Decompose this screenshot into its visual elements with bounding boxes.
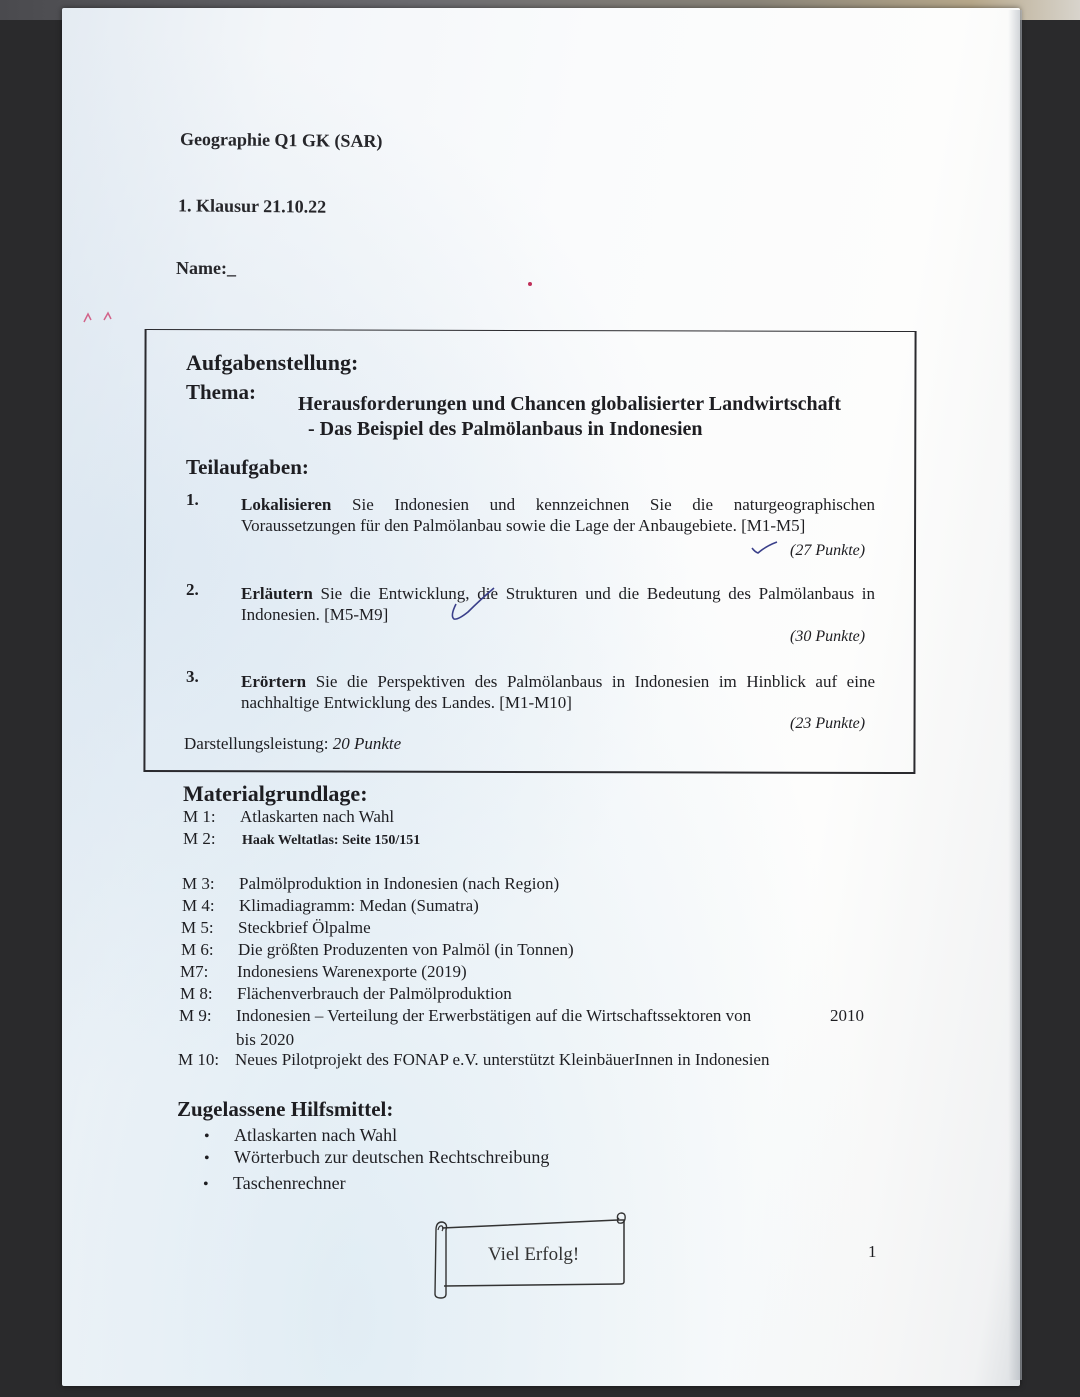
material-code: M 3: [182, 874, 239, 894]
task-operator: Lokalisieren [241, 495, 331, 514]
task-points: (27 Punkte) [790, 542, 865, 560]
task-operator: Erörtern [241, 672, 306, 691]
material-item: M 4:Klimadiagramm: Medan (Sumatra) [182, 896, 479, 916]
material-item: M 5:Steckbrief Ölpalme [181, 918, 371, 938]
task-points: (23 Punkte) [790, 715, 865, 733]
task-description: Sie die Entwicklung, die Strukturen und … [241, 584, 875, 624]
material-text: Indonesiens Warenexporte (2019) [237, 962, 467, 981]
course-title: Geographie Q1 GK (SAR) [180, 129, 383, 152]
task-number: 2. [186, 580, 199, 600]
material-text: Palmölproduktion in Indonesien (nach Reg… [239, 874, 559, 893]
bullet-icon: • [204, 1150, 234, 1168]
material-code: M7: [180, 962, 237, 982]
aid-item: •Taschenrechner [203, 1173, 346, 1194]
material-item: M 9:Indonesien – Verteilung der Erwerbst… [179, 1006, 751, 1026]
thema-label: Thema: [186, 380, 256, 405]
material-code: M 6: [181, 940, 238, 960]
subtasks-title: Teilaufgaben: [186, 455, 309, 480]
material-text: Die größten Produzenten von Palmöl (in T… [238, 940, 574, 959]
aid-item: •Atlaskarten nach Wahl [204, 1125, 397, 1146]
material-code: M 8: [180, 984, 237, 1004]
task-points: (30 Punkte) [790, 628, 865, 646]
thema-text: Herausforderungen und Chancen globalisie… [298, 392, 841, 442]
aids-title: Zugelassene Hilfsmittel: [177, 1097, 393, 1122]
task-number: 3. [186, 667, 199, 687]
task-text: Lokalisieren Sie Indonesien und kennzeic… [241, 494, 875, 536]
aid-text: Taschenrechner [233, 1173, 346, 1193]
presentation-label: Darstellungsleistung: [184, 734, 333, 753]
material-text: Flächenverbrauch der Palmölproduktion [237, 984, 512, 1003]
checkmark-icon [448, 586, 498, 626]
material-code: M 5: [181, 918, 238, 938]
name-label: Name:_ [176, 258, 236, 279]
material-item: M 6:Die größten Produzenten von Palmöl (… [181, 940, 574, 960]
material-text-year: 2010 [830, 1006, 864, 1026]
task-text: Erläutern Sie die Entwicklung, die Struk… [241, 583, 875, 625]
bullet-icon: • [204, 1128, 234, 1146]
presentation-points: 20 Punkte [333, 734, 401, 753]
task-description: Sie die Perspektiven des Palmölanbaus in… [241, 672, 875, 712]
material-code: M 9: [179, 1006, 236, 1026]
material-text: Neues Pilotprojekt des FONAP e.V. unters… [235, 1050, 769, 1069]
aid-item: •Wörterbuch zur deutschen Rechtschreibun… [204, 1147, 549, 1168]
material-text: Atlaskarten nach Wahl [240, 807, 394, 826]
material-item: M7:Indonesiens Warenexporte (2019) [180, 962, 467, 982]
task-operator: Erläutern [241, 584, 313, 603]
aid-text: Wörterbuch zur deutschen Rechtschreibung [234, 1147, 549, 1167]
thema-line-1: Herausforderungen und Chancen globalisie… [298, 392, 841, 417]
material-item: M 10:Neues Pilotprojekt des FONAP e.V. u… [178, 1050, 769, 1070]
material-text: Steckbrief Ölpalme [238, 918, 371, 937]
material-text: Haak Weltatlas: Seite 150/151 [242, 833, 420, 848]
page-number: 1 [868, 1242, 877, 1262]
exam-date: 1. Klausur 21.10.22 [178, 195, 326, 217]
presentation-score: Darstellungsleistung: 20 Punkte [184, 734, 401, 754]
paper-edge-shadow [1008, 10, 1022, 1380]
material-text: Indonesien – Verteilung der Erwerbstätig… [236, 1006, 751, 1025]
material-item: M 3:Palmölproduktion in Indonesien (nach… [182, 874, 559, 894]
task-text: Erörtern Sie die Perspektiven des Palmöl… [241, 671, 875, 713]
material-item: M 1:Atlaskarten nach Wahl [183, 807, 394, 827]
bullet-icon: • [203, 1176, 233, 1194]
checkmark-icon [750, 540, 780, 556]
material-item: M 2:Haak Weltatlas: Seite 150/151 [183, 829, 420, 849]
material-code: M 1: [183, 807, 240, 827]
material-text-continued: bis 2020 [236, 1030, 294, 1050]
aid-text: Atlaskarten nach Wahl [234, 1125, 397, 1145]
task-number: 1. [186, 490, 199, 510]
material-item: M 8:Flächenverbrauch der Palmölproduktio… [180, 984, 512, 1004]
task-description: Sie Indonesien und kennzeichnen Sie die … [241, 495, 875, 535]
materials-title: Materialgrundlage: [183, 781, 368, 807]
material-text: Klimadiagramm: Medan (Sumatra) [239, 896, 479, 915]
stray-mark-icon [80, 308, 120, 328]
material-code: M 2: [183, 829, 240, 849]
material-code: M 10: [178, 1050, 235, 1070]
banner-text: Viel Erfolg! [488, 1244, 579, 1266]
stray-dot [528, 282, 532, 286]
material-code: M 4: [182, 896, 239, 916]
task-box-title: Aufgabenstellung: [186, 350, 358, 376]
thema-line-2: - Das Beispiel des Palmölanbaus in Indon… [298, 417, 841, 442]
